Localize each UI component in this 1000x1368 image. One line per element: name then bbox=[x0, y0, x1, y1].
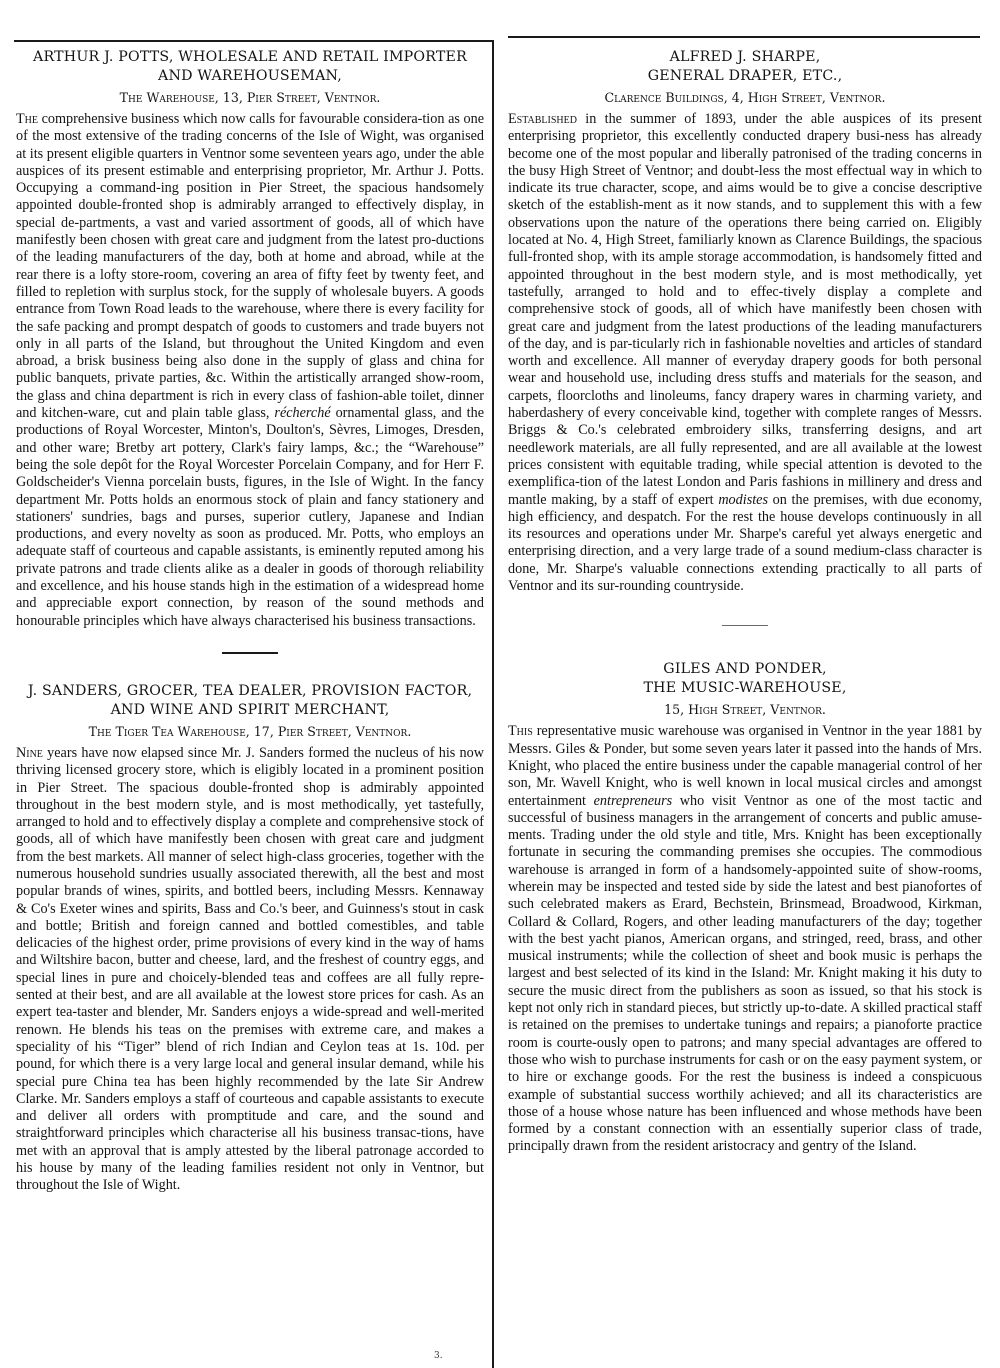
newspaper-page: ARTHUR J. POTTS, WHOLESALE AND RETAIL IM… bbox=[0, 0, 1000, 1368]
left-column: ARTHUR J. POTTS, WHOLESALE AND RETAIL IM… bbox=[16, 48, 484, 1195]
article-headline: ALFRED J. SHARPE, GENERAL DRAPER, ETC., bbox=[508, 48, 982, 86]
right-column: ALFRED J. SHARPE, GENERAL DRAPER, ETC., … bbox=[508, 48, 982, 1156]
headline-line-2: AND WAREHOUSEMAN, bbox=[16, 67, 484, 86]
headline-line-1: GILES AND PONDER, bbox=[508, 660, 982, 679]
article-sharpe: ALFRED J. SHARPE, GENERAL DRAPER, ETC., … bbox=[508, 48, 982, 595]
article-body: Nine years have now elapsed since Mr. J.… bbox=[16, 745, 484, 1195]
body-part-1: comprehensive business which now calls f… bbox=[16, 111, 484, 421]
article-separator bbox=[722, 625, 768, 626]
article-potts: ARTHUR J. POTTS, WHOLESALE AND RETAIL IM… bbox=[16, 48, 484, 630]
top-rule-left bbox=[14, 40, 492, 42]
article-headline: GILES AND PONDER, THE MUSIC-WAREHOUSE, bbox=[508, 660, 982, 698]
lead-word: The bbox=[16, 111, 38, 127]
article-separator bbox=[222, 652, 278, 654]
article-sanders: J. SANDERS, GROCER, TEA DEALER, PROVISIO… bbox=[16, 682, 484, 1195]
headline-line-2: THE MUSIC-WAREHOUSE, bbox=[508, 679, 982, 698]
italic-word: récherché bbox=[274, 405, 330, 421]
headline-line-2: GENERAL DRAPER, ETC., bbox=[508, 67, 982, 86]
body-part-2: ornamental glass, and the productions of… bbox=[16, 405, 484, 629]
headline-line-1: ARTHUR J. POTTS, WHOLESALE AND RETAIL IM… bbox=[33, 49, 467, 65]
headline-line-2: AND WINE AND SPIRIT MERCHANT, bbox=[16, 701, 484, 720]
body-part-1: in the summer of 1893, under the able au… bbox=[508, 111, 982, 508]
article-giles-ponder: GILES AND PONDER, THE MUSIC-WAREHOUSE, 1… bbox=[508, 660, 982, 1155]
top-rule-right bbox=[508, 36, 980, 38]
column-divider bbox=[492, 40, 494, 1368]
article-body: Established in the summer of 1893, under… bbox=[508, 111, 982, 595]
article-address: 15, High Street, Ventnor. bbox=[508, 701, 982, 719]
headline-line-1: ALFRED J. SHARPE, bbox=[508, 48, 982, 67]
article-address: The Warehouse, 13, Pier Street, Ventnor. bbox=[16, 89, 484, 107]
body-part-1: years have now elapsed since Mr. J. Sand… bbox=[16, 745, 484, 1193]
lead-word: This bbox=[508, 723, 533, 739]
lead-word: Established bbox=[508, 111, 577, 127]
article-address: Clarence Buildings, 4, High Street, Vent… bbox=[508, 89, 982, 107]
article-body: The comprehensive business which now cal… bbox=[16, 111, 484, 630]
article-headline: J. SANDERS, GROCER, TEA DEALER, PROVISIO… bbox=[16, 682, 484, 720]
article-body: This representative music warehouse was … bbox=[508, 723, 982, 1155]
page-mark: 3. bbox=[434, 1351, 443, 1361]
article-address: The Tiger Tea Warehouse, 17, Pier Street… bbox=[16, 723, 484, 741]
body-part-2: who visit Ventnor as one of the most tac… bbox=[508, 793, 982, 1155]
italic-word: entrepreneurs bbox=[594, 793, 673, 809]
article-headline: ARTHUR J. POTTS, WHOLESALE AND RETAIL IM… bbox=[16, 48, 484, 86]
lead-word: Nine bbox=[16, 745, 43, 761]
headline-line-1: J. SANDERS, GROCER, TEA DEALER, PROVISIO… bbox=[28, 683, 472, 699]
italic-word: modistes bbox=[718, 492, 768, 508]
